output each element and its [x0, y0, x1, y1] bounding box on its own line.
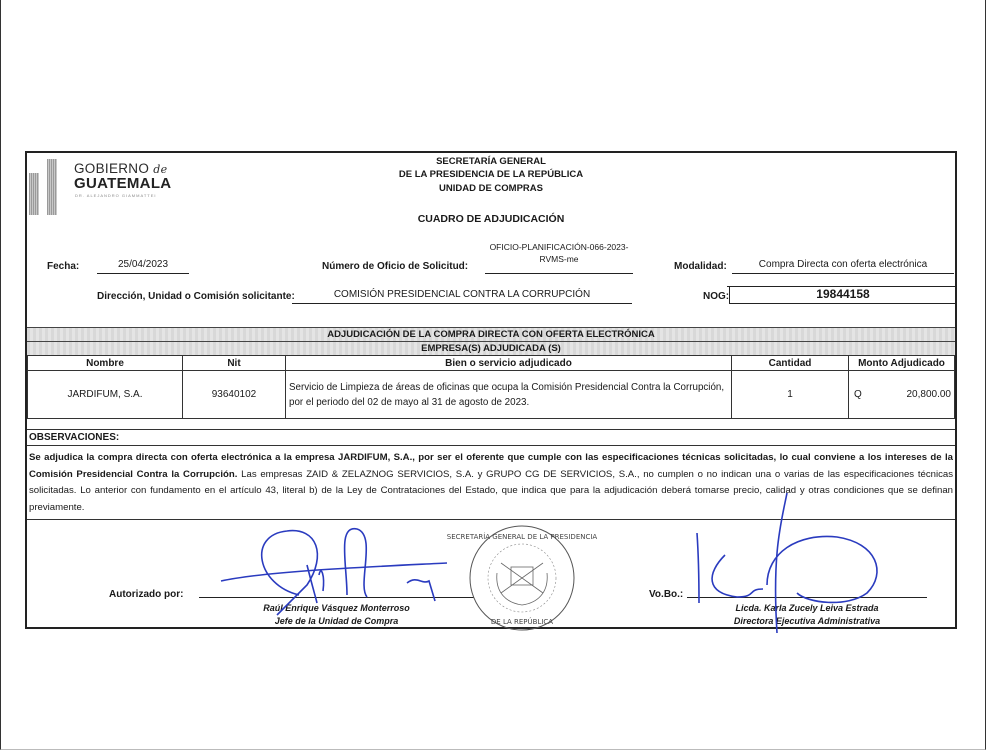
oficio-value: OFICIO-PLANIFICACIÓN-066-2023- RVMS-me — [485, 241, 633, 274]
col-monto: Monto Adjudicado — [849, 356, 955, 371]
section-band-adjudicacion: ADJUDICACIÓN DE LA COMPRA DIRECTA CON OF… — [27, 327, 955, 341]
cell-monto: Q 20,800.00 — [849, 371, 955, 419]
autorizado-label: Autorizado por: — [109, 589, 183, 600]
oficio-label: Número de Oficio de Solicitud: — [322, 261, 468, 272]
solicitante-label: Dirección, Unidad o Comisión solicitante… — [97, 291, 295, 302]
org-line-1: SECRETARÍA GENERAL — [27, 156, 955, 167]
autorizado-title: Jefe de la Unidad de Compra — [199, 616, 474, 626]
currency-symbol: Q — [852, 389, 862, 400]
org-line-3: UNIDAD DE COMPRAS — [27, 183, 955, 194]
svg-text:DE LA REPÚBLICA: DE LA REPÚBLICA — [491, 617, 553, 626]
divider — [727, 273, 957, 287]
adjudication-table: Nombre Nit Bien o servicio adjudicado Ca… — [27, 355, 955, 419]
nog-value: 19844158 — [729, 286, 957, 304]
fecha-value: 25/04/2023 — [97, 259, 189, 274]
fecha-label: Fecha: — [47, 261, 79, 272]
table-header-row: Nombre Nit Bien o servicio adjudicado Ca… — [28, 356, 955, 371]
svg-text:SECRETARÍA GENERAL DE LA PRESI: SECRETARÍA GENERAL DE LA PRESIDENCIA — [447, 532, 598, 541]
document-title: CUADRO DE ADJUDICACIÓN — [27, 213, 955, 225]
handwritten-signature-icon — [677, 493, 907, 633]
observaciones-label: OBSERVACIONES: — [27, 429, 955, 446]
modalidad-value: Compra Directa con oferta electrónica — [732, 259, 954, 274]
cell-servicio: Servicio de Limpieza de áreas de oficina… — [286, 371, 732, 419]
cell-nombre: JARDIFUM, S.A. — [28, 371, 183, 419]
table-row: JARDIFUM, S.A. 93640102 Servicio de Limp… — [28, 371, 955, 419]
col-cantidad: Cantidad — [732, 356, 849, 371]
monto-value: 20,800.00 — [907, 389, 952, 400]
col-nit: Nit — [183, 356, 286, 371]
nog-label: NOG: — [703, 291, 729, 302]
cell-cantidad: 1 — [732, 371, 849, 419]
handwritten-signature-icon — [207, 525, 467, 615]
col-servicio: Bien o servicio adjudicado — [286, 356, 732, 371]
section-band-empresas: EMPRESA(S) ADJUDICADA (S) — [27, 341, 955, 355]
org-line-2: DE LA PRESIDENCIA DE LA REPÚBLICA — [27, 169, 955, 180]
official-seal-icon: SECRETARÍA GENERAL DE LA PRESIDENCIA DE … — [467, 523, 577, 633]
solicitante-value: COMISIÓN PRESIDENCIAL CONTRA LA CORRUPCI… — [292, 289, 632, 304]
cell-nit: 93640102 — [183, 371, 286, 419]
adjudication-form: GOBIERNO de GUATEMALA DR. ALEJANDRO GIAM… — [25, 151, 957, 629]
col-nombre: Nombre — [28, 356, 183, 371]
modalidad-label: Modalidad: — [674, 261, 727, 272]
